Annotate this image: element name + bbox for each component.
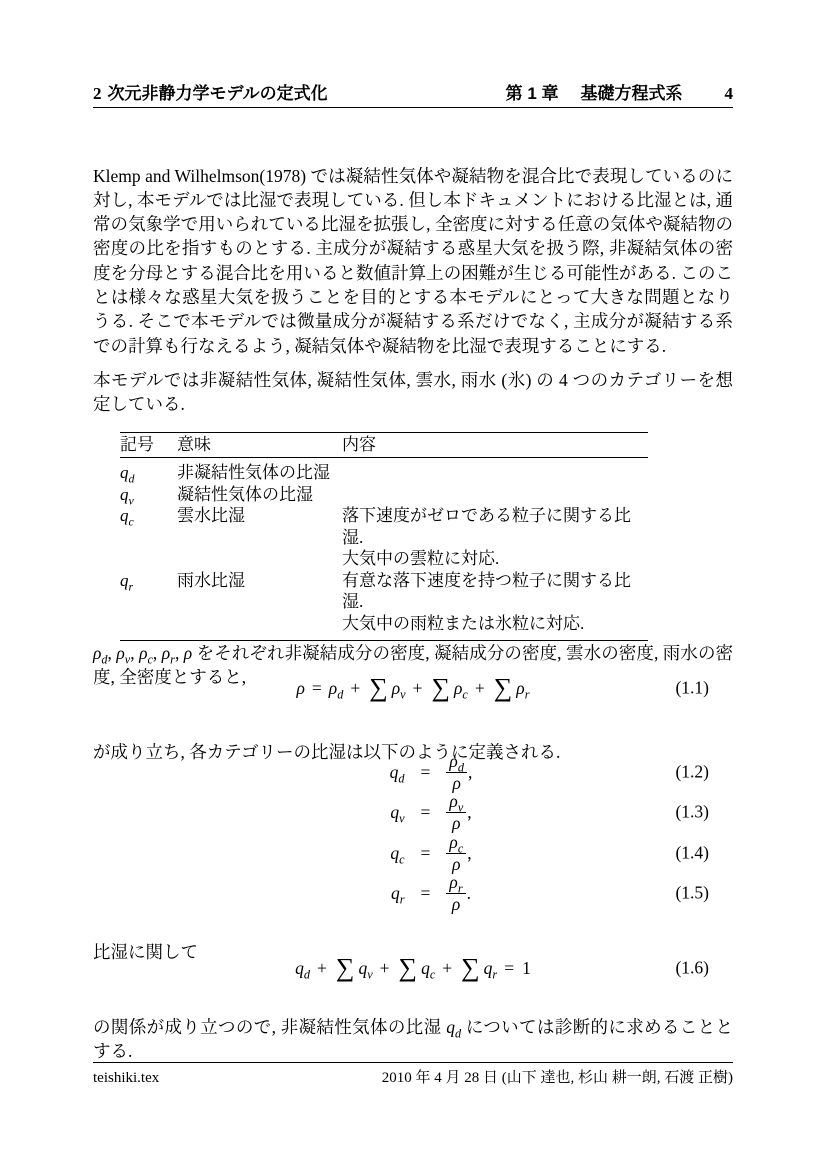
math-symbol: ρc bbox=[449, 832, 463, 852]
math-symbol: qd bbox=[120, 463, 134, 482]
meaning-cell: 雲水比湿 bbox=[177, 505, 342, 570]
equation-1-1: ρ=ρd+∑ρv+∑ρc+∑ρr(1.1) bbox=[93, 666, 733, 710]
math-symbol: qv bbox=[358, 958, 372, 979]
symbol-cell: qr bbox=[120, 570, 177, 641]
math-symbol: qr bbox=[484, 958, 498, 979]
page-header: 2次元非静力学モデルの定式化 第 1 章 基礎方程式系 4 bbox=[93, 85, 733, 108]
equation-number: (1.4) bbox=[675, 843, 709, 864]
math-symbol: ρv bbox=[392, 678, 406, 699]
math-symbol: ρ bbox=[184, 643, 192, 663]
equation-body: qd+∑qv+∑qc+∑qr=1 bbox=[295, 958, 531, 979]
math-symbol: ρc bbox=[139, 643, 153, 663]
math-symbol: ρv bbox=[449, 791, 463, 811]
content-cell: 落下速度がゼロである粒子に関する比湿.大気中の雲粒に対応. bbox=[342, 505, 648, 570]
symbol-cell: qd bbox=[120, 458, 177, 484]
running-head-chapter-label: 第 1 章 bbox=[506, 85, 559, 102]
math-symbol: ρd bbox=[93, 643, 108, 663]
equation-number: (1.2) bbox=[675, 762, 709, 783]
math-symbol: ρ bbox=[452, 854, 460, 874]
table-header-row: 記号 意味 内容 bbox=[120, 433, 648, 458]
document-page: 2次元非静力学モデルの定式化 第 1 章 基礎方程式系 4 Klemp and … bbox=[0, 0, 826, 1169]
running-head-chapter-title: 基礎方程式系 bbox=[581, 85, 683, 102]
equation-1-2: qd=ρdρ,(1.2) bbox=[93, 752, 733, 792]
equation-body: qv=ρvρ, bbox=[390, 792, 471, 833]
equation-1-4: qc=ρcρ,(1.4) bbox=[93, 833, 733, 873]
math-symbol: qd bbox=[295, 958, 310, 979]
meaning-cell: 雨水比湿 bbox=[177, 570, 342, 641]
meaning-cell: 凝結性気体の比湿 bbox=[177, 484, 342, 506]
content-cell: 有意な落下速度を持つ粒子に関する比湿.大気中の雨粒または氷粒に対応. bbox=[342, 570, 648, 641]
fraction: ρrρ bbox=[446, 873, 465, 914]
math-symbol: qr bbox=[391, 883, 405, 904]
equation-1-3: qv=ρvρ,(1.3) bbox=[93, 792, 733, 832]
page-footer: teishiki.tex 2010 年 4 月 28 日 (山下 達也, 杉山 … bbox=[93, 1062, 733, 1087]
equation-number: (1.5) bbox=[675, 883, 709, 904]
equation-number: (1.1) bbox=[675, 678, 709, 699]
math-symbol: qr bbox=[120, 571, 133, 590]
math-symbol: qv bbox=[120, 485, 134, 504]
table-row: qv凝結性気体の比湿 bbox=[120, 484, 648, 506]
math-symbol: ρr bbox=[449, 872, 462, 892]
paragraph-categories: 本モデルでは非凝結性気体, 凝結性気体, 雲水, 雨水 (氷) の 4 つのカテ… bbox=[93, 368, 733, 417]
equation-body: ρ=ρd+∑ρv+∑ρc+∑ρr bbox=[297, 678, 530, 699]
symbol-cell: qc bbox=[120, 505, 177, 570]
math-symbol: qc bbox=[390, 843, 404, 864]
content-cell bbox=[342, 484, 648, 506]
math-symbol: ρc bbox=[454, 678, 468, 699]
fraction: ρcρ bbox=[446, 833, 466, 874]
footer-filename: teishiki.tex bbox=[93, 1069, 159, 1087]
equation-body: qr=ρrρ. bbox=[391, 873, 471, 914]
math-symbol: qv bbox=[390, 802, 404, 823]
math-symbol: ρ bbox=[297, 678, 305, 699]
running-head-section-title: 次元非静力学モデルの定式化 bbox=[108, 84, 328, 103]
column-header-symbol: 記号 bbox=[120, 433, 177, 458]
paragraph-diagnostic: の関係が成り立つので, 非凝結性気体の比湿 qd については診断的に求めることと… bbox=[93, 1015, 733, 1064]
content-cell bbox=[342, 458, 648, 484]
math-symbol: qd bbox=[446, 1017, 461, 1037]
fraction: ρdρ bbox=[446, 752, 467, 793]
math-symbol: ρd bbox=[449, 751, 464, 771]
math-symbol: ρ bbox=[452, 813, 460, 833]
math-symbol: ρ bbox=[452, 894, 460, 914]
running-head-left: 2次元非静力学モデルの定式化 bbox=[93, 85, 328, 102]
math-symbol: qd bbox=[390, 762, 405, 783]
quantity-table-wrap: 記号 意味 内容 qd非凝結性気体の比湿qv凝結性気体の比湿qc雲水比湿落下速度… bbox=[120, 432, 648, 641]
page-number: 4 bbox=[725, 85, 734, 102]
running-head-right: 第 1 章 基礎方程式系 4 bbox=[506, 85, 733, 102]
equation-number: (1.3) bbox=[675, 802, 709, 823]
footer-date-authors: 2010 年 4 月 28 日 (山下 達也, 杉山 耕一朗, 石渡 正樹) bbox=[382, 1069, 733, 1087]
running-head-section-number: 2 bbox=[93, 84, 102, 103]
table-row: qc雲水比湿落下速度がゼロである粒子に関する比湿.大気中の雲粒に対応. bbox=[120, 505, 648, 570]
equation-body: qd=ρdρ, bbox=[390, 752, 473, 793]
math-symbol: qc bbox=[421, 958, 435, 979]
meaning-cell: 非凝結性気体の比湿 bbox=[177, 458, 342, 484]
math-symbol: qc bbox=[120, 506, 134, 525]
math-symbol: ρr bbox=[516, 678, 529, 699]
column-header-meaning: 意味 bbox=[177, 433, 342, 458]
math-symbol: ρr bbox=[162, 643, 175, 663]
equation-1-5: qr=ρrρ.(1.5) bbox=[93, 873, 733, 913]
symbol-cell: qv bbox=[120, 484, 177, 506]
fraction: ρvρ bbox=[446, 792, 466, 833]
equation-1-6: qd+∑qv+∑qc+∑qr=1(1.6) bbox=[93, 946, 733, 990]
quantity-table: 記号 意味 内容 qd非凝結性気体の比湿qv凝結性気体の比湿qc雲水比湿落下速度… bbox=[120, 432, 648, 641]
paragraph-intro: Klemp and Wilhelmson(1978) では凝結性気体や凝結物を混… bbox=[93, 164, 733, 358]
math-symbol: ρd bbox=[329, 678, 344, 699]
equation-number: (1.6) bbox=[675, 958, 709, 979]
math-symbol: ρ bbox=[452, 773, 460, 793]
table-row: qd非凝結性気体の比湿 bbox=[120, 458, 648, 484]
table-row: qr雨水比湿有意な落下速度を持つ粒子に関する比湿.大気中の雨粒または氷粒に対応. bbox=[120, 570, 648, 641]
column-header-content: 内容 bbox=[342, 433, 648, 458]
equation-body: qc=ρcρ, bbox=[390, 833, 471, 874]
math-symbol: ρv bbox=[116, 643, 130, 663]
